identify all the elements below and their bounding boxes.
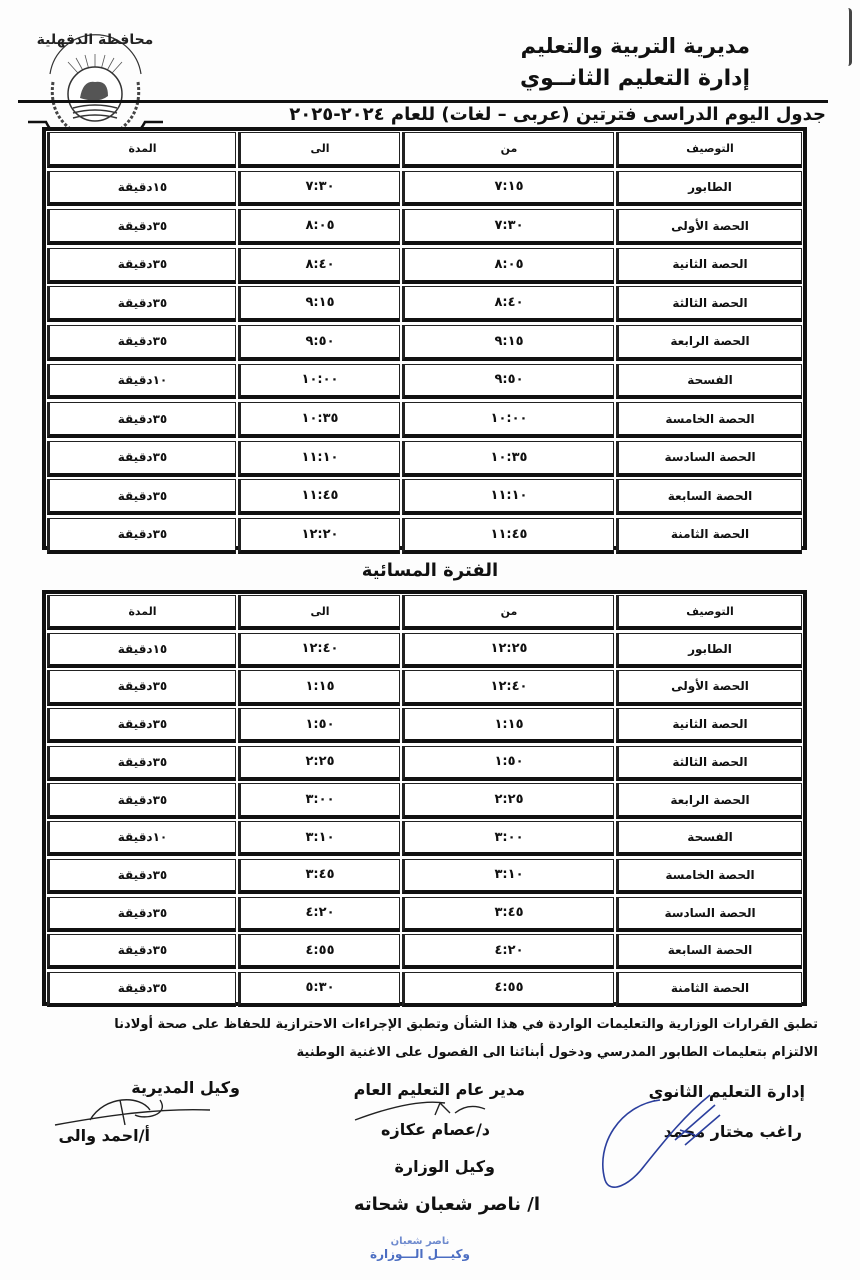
table-row: الطابور ٧:١٥ ٧:٣٠ ١٥دقيقة xyxy=(46,170,803,208)
cell-description: الحصة الأولى xyxy=(616,209,802,245)
schedule-document: محافظة الدقهلية مديرية التربية والتعليم … xyxy=(0,0,860,1280)
cell-from: ٨:٤٠ xyxy=(402,286,614,322)
cell-description: الحصة الخامسة xyxy=(616,402,802,438)
cell-to: ٢:٢٥ xyxy=(238,746,400,781)
cell-to: ١٠:٣٥ xyxy=(238,402,400,438)
handwritten-signature-icon xyxy=(590,1085,740,1195)
cell-description: الحصة الثامنة xyxy=(616,518,802,554)
page-edge-mark xyxy=(848,8,852,66)
cell-from: ١١:١٠ xyxy=(402,479,614,515)
table-row: الحصة الأولى ٧:٣٠ ٨:٠٥ ٣٥دقيقة xyxy=(46,208,803,246)
cell-duration: ١٥دقيقة xyxy=(47,633,236,668)
table-row: الحصة الثامنة ٤:٥٥ ٥:٣٠ ٣٥دقيقة xyxy=(46,971,803,1008)
cell-to: ٨:٤٠ xyxy=(238,248,400,284)
table-row: الحصة السادسة ١٠:٣٥ ١١:١٠ ٣٥دقيقة xyxy=(46,440,803,478)
cell-to: ٣:٠٠ xyxy=(238,783,400,818)
table-header-row: التوصيف من الى المدة xyxy=(46,131,803,169)
table-row: الحصة الخامسة ٣:١٠ ٣:٤٥ ٣٥دقيقة xyxy=(46,858,803,895)
cell-to: ١:١٥ xyxy=(238,670,400,705)
cell-duration: ١٥دقيقة xyxy=(47,171,236,207)
cell-description: الطابور xyxy=(616,633,802,668)
header-from: من xyxy=(402,595,614,630)
table-row: الحصة الثالثة ٨:٤٠ ٩:١٥ ٣٥دقيقة xyxy=(46,285,803,323)
cell-duration: ٣٥دقيقة xyxy=(47,325,236,361)
table-row: الفسحة ٩:٥٠ ١٠:٠٠ ١٠دقيقة xyxy=(46,363,803,401)
cell-duration: ٣٥دقيقة xyxy=(47,708,236,743)
signature-title-ministry-deputy: وكيل الوزارة xyxy=(394,1157,495,1176)
cell-to: ٤:٢٠ xyxy=(238,897,400,932)
cell-to: ٥:٣٠ xyxy=(238,972,400,1007)
cell-duration: ٣٥دقيقة xyxy=(47,972,236,1007)
cell-from: ١٢:٤٠ xyxy=(402,670,614,705)
cell-description: الفسحة xyxy=(616,364,802,400)
table-row: الحصة الثامنة ١١:٤٥ ١٢:٢٠ ٣٥دقيقة xyxy=(46,517,803,555)
table-row: الحصة الخامسة ١٠:٠٠ ١٠:٣٥ ٣٥دقيقة xyxy=(46,401,803,439)
cell-description: الحصة الأولى xyxy=(616,670,802,705)
department-heading: إدارة التعليم الثانــوي xyxy=(520,66,750,91)
cell-duration: ٣٥دقيقة xyxy=(47,746,236,781)
cell-duration: ٣٥دقيقة xyxy=(47,897,236,932)
ministry-stamp: ناصر شعبان وكيـــل الـــوزارة xyxy=(360,1236,480,1261)
cell-from: ٤:٥٥ xyxy=(402,972,614,1007)
cell-from: ١٠:٣٥ xyxy=(402,441,614,477)
cell-duration: ١٠دقيقة xyxy=(47,821,236,856)
cell-description: الحصة الثانية xyxy=(616,248,802,284)
cell-duration: ٣٥دقيقة xyxy=(47,518,236,554)
cell-to: ١٢:٢٠ xyxy=(238,518,400,554)
cell-to: ١:٥٠ xyxy=(238,708,400,743)
cell-from: ١:١٥ xyxy=(402,708,614,743)
cell-to: ١١:١٠ xyxy=(238,441,400,477)
cell-from: ٩:١٥ xyxy=(402,325,614,361)
cell-to: ٣:٤٥ xyxy=(238,859,400,894)
stamp-line2: وكيـــل الـــوزارة xyxy=(370,1247,470,1261)
logo-text: محافظة الدقهلية xyxy=(37,32,154,48)
cell-description: الحصة السادسة xyxy=(616,897,802,932)
cell-duration: ٣٥دقيقة xyxy=(47,479,236,515)
cell-description: الحصة الخامسة xyxy=(616,859,802,894)
table-row: الحصة الرابعة ٩:١٥ ٩:٥٠ ٣٥دقيقة xyxy=(46,324,803,362)
cell-to: ٨:٠٥ xyxy=(238,209,400,245)
header-from: من xyxy=(402,132,614,168)
morning-schedule-table: التوصيف من الى المدة الطابور ٧:١٥ ٧:٣٠ ١… xyxy=(42,127,807,550)
table-header-row: التوصيف من الى المدة xyxy=(46,594,803,631)
cell-duration: ٣٥دقيقة xyxy=(47,783,236,818)
table-row: الحصة الثانية ١:١٥ ١:٥٠ ٣٥دقيقة xyxy=(46,707,803,744)
header-duration: المدة xyxy=(47,595,236,630)
directorate-heading: مديرية التربية والتعليم xyxy=(521,34,750,58)
cell-description: الحصة الثالثة xyxy=(616,286,802,322)
cell-duration: ٣٥دقيقة xyxy=(47,441,236,477)
cell-from: ١١:٤٥ xyxy=(402,518,614,554)
cell-description: الحصة الثالثة xyxy=(616,746,802,781)
signature-name-ministry-deputy: ا/ ناصر شعبان شحاته xyxy=(354,1194,540,1215)
header-duration: المدة xyxy=(47,132,236,168)
table-row: الحصة السادسة ٣:٤٥ ٤:٢٠ ٣٥دقيقة xyxy=(46,896,803,933)
cell-to: ٣:١٠ xyxy=(238,821,400,856)
cell-to: ٧:٣٠ xyxy=(238,171,400,207)
cell-duration: ٣٥دقيقة xyxy=(47,209,236,245)
cell-duration: ٣٥دقيقة xyxy=(47,934,236,969)
cell-to: ٩:١٥ xyxy=(238,286,400,322)
table-row: الحصة الأولى ١٢:٤٠ ١:١٥ ٣٥دقيقة xyxy=(46,669,803,706)
table-row: الحصة الرابعة ٢:٢٥ ٣:٠٠ ٣٥دقيقة xyxy=(46,782,803,819)
cell-from: ٣:٤٥ xyxy=(402,897,614,932)
cell-from: ٣:١٠ xyxy=(402,859,614,894)
header-to: الى xyxy=(238,132,400,168)
cell-from: ١٠:٠٠ xyxy=(402,402,614,438)
cell-from: ٤:٢٠ xyxy=(402,934,614,969)
header-description: التوصيف xyxy=(616,595,802,630)
header-to: الى xyxy=(238,595,400,630)
cell-to: ٤:٥٥ xyxy=(238,934,400,969)
cell-to: ٩:٥٠ xyxy=(238,325,400,361)
table-row: الطابور ١٢:٢٥ ١٢:٤٠ ١٥دقيقة xyxy=(46,632,803,669)
cell-from: ٨:٠٥ xyxy=(402,248,614,284)
cell-description: الحصة الثامنة xyxy=(616,972,802,1007)
cell-duration: ٣٥دقيقة xyxy=(47,286,236,322)
cell-description: الفسحة xyxy=(616,821,802,856)
cell-duration: ٣٥دقيقة xyxy=(47,670,236,705)
cell-description: الحصة الثانية xyxy=(616,708,802,743)
note-assembly: الالتزام بتعليمات الطابور المدرسي ودخول … xyxy=(297,1045,819,1060)
cell-duration: ٣٥دقيقة xyxy=(47,859,236,894)
cell-description: الحصة السابعة xyxy=(616,934,802,969)
cell-description: الحصة السادسة xyxy=(616,441,802,477)
cell-to: ١٠:٠٠ xyxy=(238,364,400,400)
evening-schedule-table: التوصيف من الى المدة الطابور ١٢:٢٥ ١٢:٤٠… xyxy=(42,590,807,1006)
table-row: الحصة الثانية ٨:٠٥ ٨:٤٠ ٣٥دقيقة xyxy=(46,247,803,285)
table-row: الحصة السابعة ٤:٢٠ ٤:٥٥ ٣٥دقيقة xyxy=(46,933,803,970)
cell-description: الطابور xyxy=(616,171,802,207)
cell-description: الحصة السابعة xyxy=(616,479,802,515)
cell-to: ١٢:٤٠ xyxy=(238,633,400,668)
cell-from: ١٢:٢٥ xyxy=(402,633,614,668)
table-row: الحصة الثالثة ١:٥٠ ٢:٢٥ ٣٥دقيقة xyxy=(46,745,803,782)
cell-from: ٧:٣٠ xyxy=(402,209,614,245)
title-rule xyxy=(22,100,828,103)
cell-duration: ٣٥دقيقة xyxy=(47,248,236,284)
handwritten-signature-icon xyxy=(345,1095,495,1125)
cell-from: ٢:٢٥ xyxy=(402,783,614,818)
cell-from: ٩:٥٠ xyxy=(402,364,614,400)
header-description: التوصيف xyxy=(616,132,802,168)
cell-duration: ١٠دقيقة xyxy=(47,364,236,400)
cell-description: الحصة الرابعة xyxy=(616,325,802,361)
handwritten-signature-icon xyxy=(50,1090,220,1130)
table-row: الحصة السابعة ١١:١٠ ١١:٤٥ ٣٥دقيقة xyxy=(46,478,803,516)
cell-duration: ٣٥دقيقة xyxy=(47,402,236,438)
cell-description: الحصة الرابعة xyxy=(616,783,802,818)
table-row: الفسحة ٣:٠٠ ٣:١٠ ١٠دقيقة xyxy=(46,820,803,857)
note-precautions: تطبق القرارات الوزارية والتعليمات الوارد… xyxy=(114,1017,818,1032)
schedule-title: جدول اليوم الدراسى فترتين (عربى – لغات) … xyxy=(289,104,826,125)
cell-from: ٧:١٥ xyxy=(402,171,614,207)
cell-to: ١١:٤٥ xyxy=(238,479,400,515)
stamp-line1: ناصر شعبان xyxy=(360,1236,480,1247)
cell-from: ١:٥٠ xyxy=(402,746,614,781)
evening-period-title: الفترة المسائية xyxy=(0,560,860,581)
cell-from: ٣:٠٠ xyxy=(402,821,614,856)
